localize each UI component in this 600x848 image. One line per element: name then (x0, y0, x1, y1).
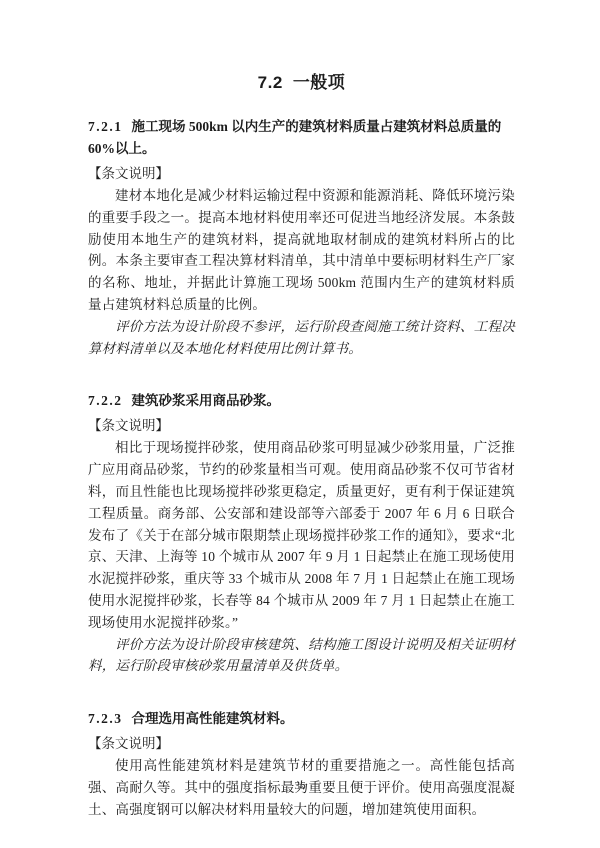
paragraph-evaluation-method: 评价方法为设计阶段不参评，运行阶段查阅施工统计资料、工程决算材料清单以及本地化材… (88, 316, 515, 360)
clause-7-2-2-heading: 7.2.2建筑砂浆采用商品砂浆。 (88, 390, 515, 412)
clause-7-2-1-heading: 7.2.1施工现场 500km 以内生产的建筑材料质量占建筑材料总质量的 60%… (88, 116, 515, 160)
page-number: 36 (0, 780, 600, 792)
clause-7-2-2-number: 7.2.2 (88, 393, 123, 408)
page-title-text: 一般项 (293, 73, 346, 92)
paragraph: 建材本地化是减少材料运输过程中资源和能源消耗、降低环境污染的重要手段之一。提高本… (88, 185, 515, 316)
clause-7-2-3-heading-text: 合理选用高性能建筑材料。 (132, 711, 294, 726)
explanation-label: 【条文说明】 (88, 414, 515, 437)
page-title: 7.2一般项 (88, 70, 515, 96)
clause-7-2-1-heading-text: 施工现场 500km 以内生产的建筑材料质量占建筑材料总质量的 60%以上。 (88, 119, 501, 156)
explanation-label: 【条文说明】 (88, 162, 515, 185)
clause-7-2-3-number: 7.2.3 (88, 711, 123, 726)
paragraph-evaluation-method: 评价方法为设计阶段审核建筑、结构施工图设计说明及相关证明材料，运行阶段审核砂浆用… (88, 634, 515, 678)
clause-7-2-1-number: 7.2.1 (88, 119, 123, 134)
section-7-2-2: 7.2.2建筑砂浆采用商品砂浆。 【条文说明】 相比于现场搅拌砂浆，使用商品砂浆… (88, 390, 515, 677)
clause-7-2-3-heading: 7.2.3合理选用高性能建筑材料。 (88, 708, 515, 730)
explanation-label: 【条文说明】 (88, 732, 515, 755)
clause-7-2-2-heading-text: 建筑砂浆采用商品砂浆。 (132, 393, 281, 408)
section-7-2-1: 7.2.1施工现场 500km 以内生产的建筑材料质量占建筑材料总质量的 60%… (88, 116, 515, 359)
document-page: 7.2一般项 7.2.1施工现场 500km 以内生产的建筑材料质量占建筑材料总… (0, 0, 600, 848)
section-7-2-3: 7.2.3合理选用高性能建筑材料。 【条文说明】 使用高性能建筑材料是建筑节材的… (88, 708, 515, 820)
paragraph: 相比于现场搅拌砂浆，使用商品砂浆可明显减少砂浆用量，广泛推广应用商品砂浆，节约的… (88, 437, 515, 633)
page-title-number: 7.2 (258, 73, 283, 92)
